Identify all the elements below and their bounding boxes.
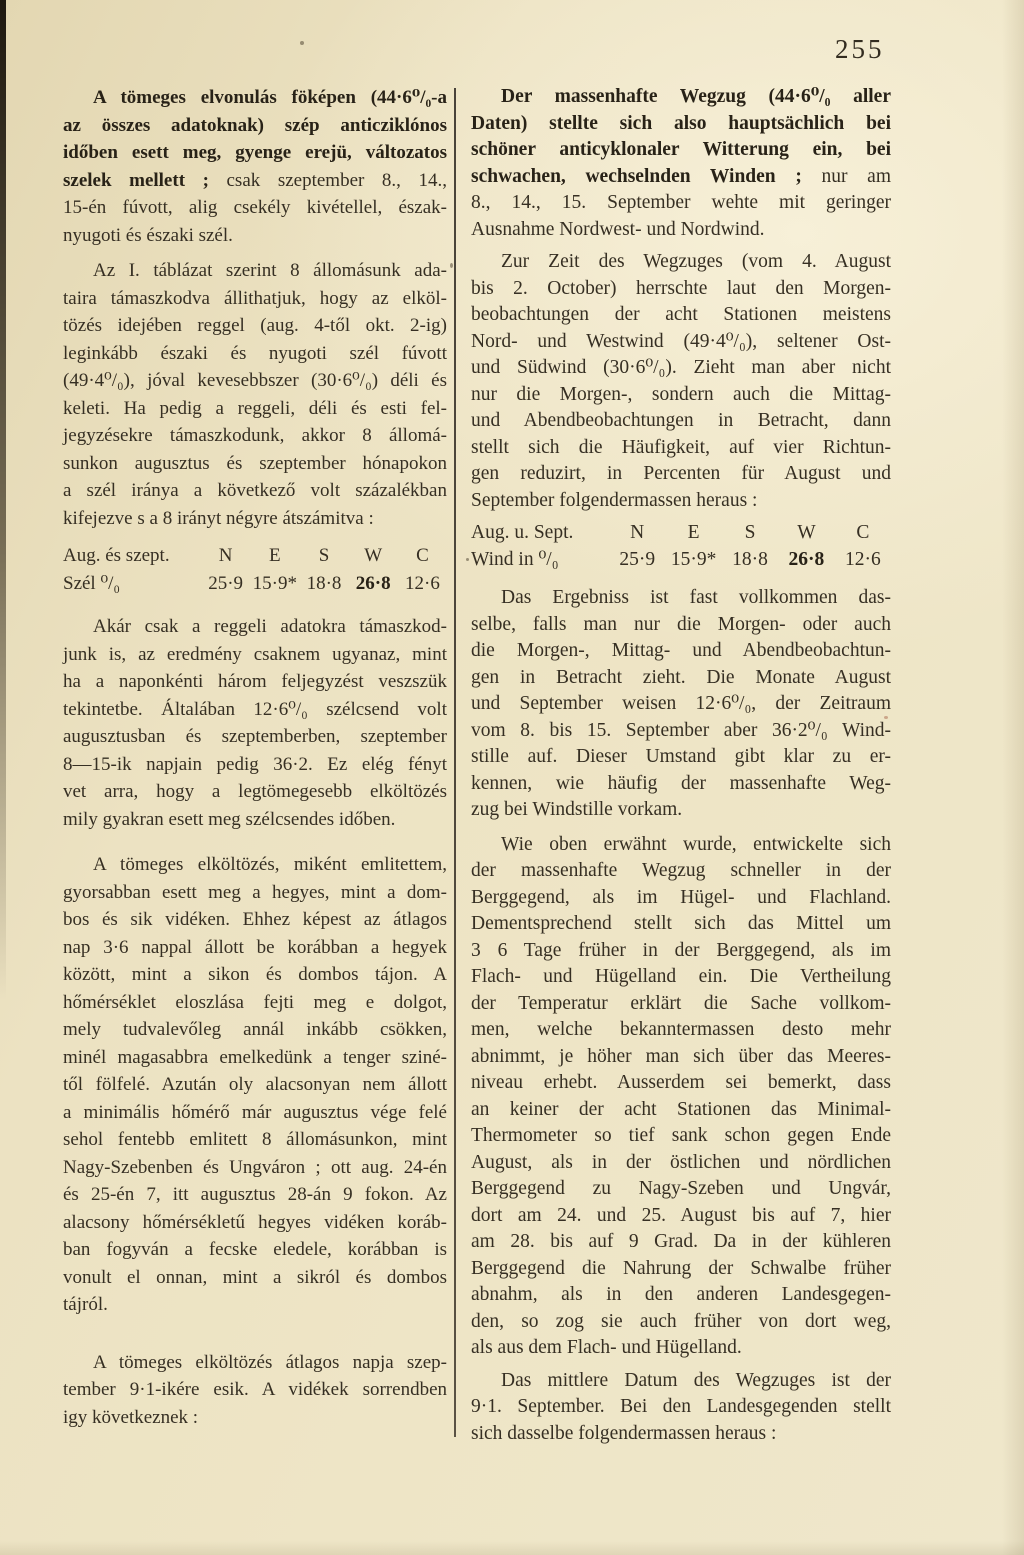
text-segment: gen reduzirt, in Percenten für August un…	[471, 463, 891, 484]
text-line: A tömeges elköltözés átlagos napja szep-	[63, 1349, 447, 1377]
text-segment: men, welche bekanntermassen desto mehr	[471, 1019, 891, 1040]
text-segment: nur die Morgen-, sondern auch die Mittag…	[471, 384, 891, 405]
text-line: Thermometer so tief sank schon gegen End…	[471, 1123, 891, 1150]
text-segment: vom 8. bis 15. September aber 36·2⁰/₀ Wi…	[471, 720, 891, 741]
text-line: am 28. bis auf 9 Grad. Da in der kühlere…	[471, 1229, 891, 1256]
text-line: vom 8. bis 15. September aber 36·2⁰/₀ Wi…	[471, 718, 891, 745]
text-line: sehol fentebb emlitett 8 állomásunkon, m…	[63, 1126, 447, 1154]
text-line: gen in Betracht zieht. Die Monate August	[471, 665, 891, 692]
wind-table-row: Szél ⁰/₀25·915·9*18·826·812·6	[63, 570, 447, 598]
text-line: abnimmt, je höher man sich über das Meer…	[471, 1044, 891, 1071]
text-line: den, so zog sie auch früher von dort weg…	[471, 1309, 891, 1336]
paragraph: Zur Zeit des Wegzuges (vom 4. Augustbis …	[471, 249, 891, 514]
text-segment: gen in Betracht zieht. Die Monate August	[471, 667, 891, 688]
text-segment: der Temperatur erklärt die Sache vollkom…	[471, 993, 891, 1014]
text-segment: sunkon augusztus és szeptember hónapokon	[63, 453, 447, 474]
text-line: und Abendbeobachtungen in Betracht, dann	[471, 408, 891, 435]
text-segment: Nord- und Westwind (49·4⁰/₀), seltener O…	[471, 331, 891, 352]
text-segment: 3 6 Tage früher in der Berggegend, als i…	[471, 940, 891, 961]
text-line: Nord- und Westwind (49·4⁰/₀), seltener O…	[471, 329, 891, 356]
text-segment: Das Ergebniss ist fast vollkommen das-	[501, 587, 891, 608]
wind-table-row: Aug. és szept.NESWC	[63, 542, 447, 570]
text-segment: igy következnek :	[63, 1407, 198, 1428]
text-line: Berggegend, als im Hügel- und Flachland.	[471, 885, 891, 912]
text-segment: schöner anticyklonaler Witterung ein, be…	[471, 139, 891, 160]
text-line: men, welche bekanntermassen desto mehr	[471, 1017, 891, 1044]
wind-table-cell: C	[835, 520, 891, 547]
text-line: 3 6 Tage früher in der Berggegend, als i…	[471, 938, 891, 965]
text-segment: és 25-én 7, itt augusztus 28-án 9 fokon.…	[63, 1184, 447, 1205]
text-line: minél magasabbra emelkedünk a tenger szi…	[63, 1044, 447, 1072]
text-line: (49·4⁰/₀), jóval kevesebbszer (30·6⁰/₀) …	[63, 367, 447, 395]
wind-table-cell: 26·8	[778, 547, 834, 574]
text-line: gyorsabban esett meg a hegyes, mint a do…	[63, 879, 447, 907]
text-segment: időben esett meg, gyenge erejü, változat…	[63, 142, 447, 163]
text-line: a minimális hőmérő már augusztus vége fe…	[63, 1099, 447, 1127]
text-line: die Morgen-, Mittag- und Abendbeobachtun…	[471, 638, 891, 665]
text-line: tözés idejében reggel (aug. 4-től okt. 2…	[63, 312, 447, 340]
wind-table-cells: 25·915·9*18·826·812·6	[609, 547, 891, 574]
text-line: Das mittlere Datum des Wegzuges ist der	[471, 1368, 891, 1395]
text-segment: keleti. Ha pedig a reggeli, déli és esti…	[63, 398, 447, 419]
text-line: mily gyakran esett meg szélcsendes időbe…	[63, 806, 447, 834]
text-segment: abnimmt, je höher man sich über das Meer…	[471, 1046, 891, 1067]
text-segment: augusztusban és szeptemberben, szeptembe…	[63, 726, 447, 747]
text-line: Berggegend zu Nagy-Szeben und Ungvár,	[471, 1176, 891, 1203]
text-segment: vet arra, hogy a legtömegesebb elköltözé…	[63, 781, 447, 802]
left-column-hungarian: A tömeges elvonulás föképen (44·6⁰/₀-aaz…	[63, 84, 447, 1439]
text-line: alacsony hőmérsékletű hegyes vidéken kor…	[63, 1209, 447, 1237]
wind-table-cell: C	[398, 542, 447, 570]
text-segment: Ausnahme Nordwest- und Nordwind.	[471, 219, 765, 240]
text-segment: Nagy-Szebenben és Ungváron ; ott aug. 24…	[63, 1157, 447, 1178]
wind-direction-table: Aug. u. Sept.NESWCWind in ⁰/₀25·915·9*18…	[471, 520, 891, 573]
text-line: Daten) stellte sich also hauptsächlich b…	[471, 111, 891, 138]
text-line: 8—15-ik napjain pedig 36·2. Ez elég fény…	[63, 751, 447, 779]
paragraph: A tömeges elköltözés, miként emlitettem,…	[63, 851, 447, 1319]
text-line: dort am 24. und 25. August bis auf 7, hi…	[471, 1203, 891, 1230]
text-line: schöner anticyklonaler Witterung ein, be…	[471, 137, 891, 164]
text-line: vet arra, hogy a legtömegesebb elköltözé…	[63, 778, 447, 806]
text-line: vonult el onnan, mint a sikról és dombos	[63, 1264, 447, 1292]
wind-table-cell: W	[778, 520, 834, 547]
text-segment: Wie oben erwähnt wurde, entwickelte sich	[501, 834, 891, 855]
wind-table-cell: E	[250, 542, 299, 570]
text-line: abnahm, als in den anderen Landesgegen-	[471, 1282, 891, 1309]
text-segment: den, so zog sie auch früher von dort weg…	[471, 1311, 891, 1332]
text-segment: nap 3·6 nappal állott be korábban a hegy…	[63, 937, 447, 958]
text-segment: junk is, az eredmény csaknem ugyanaz, mi…	[63, 644, 447, 665]
wind-table-cell: N	[609, 520, 665, 547]
text-segment: mely tudvalevőleg annál inkább csökken,	[63, 1019, 447, 1040]
text-segment: an keiner der acht Stationen das Minimal…	[471, 1099, 891, 1120]
wind-table-cells: NESWC	[201, 542, 447, 570]
text-line: sunkon augusztus és szeptember hónapokon	[63, 450, 447, 478]
text-segment: dort am 24. und 25. August bis auf 7, hi…	[471, 1205, 891, 1226]
text-segment: tekintetbe. Általában 12·6⁰/₀ szélcsend …	[63, 699, 447, 720]
text-segment: minél magasabbra emelkedünk a tenger szi…	[63, 1047, 447, 1068]
wind-table-cell: 25·9	[201, 570, 250, 598]
text-segment: Das mittlere Datum des Wegzuges ist der	[501, 1370, 891, 1391]
text-line: Flach- und Hügelland ein. Die Vertheilun…	[471, 964, 891, 991]
text-line: taira támaszkodva állithatjuk, hogy az e…	[63, 285, 447, 313]
text-segment: mily gyakran esett meg szélcsendes időbe…	[63, 809, 395, 830]
text-segment: kennen, wie häufig der massenhafte Weg-	[471, 773, 891, 794]
text-segment: und Südwind (30·6⁰/₀). Zieht man aber ni…	[471, 357, 891, 378]
text-segment: Daten) stellte sich also hauptsächlich b…	[471, 113, 891, 134]
text-segment: stille auf. Dieser Umstand gibt klar zu …	[471, 746, 891, 767]
text-line: gen reduzirt, in Percenten für August un…	[471, 461, 891, 488]
scan-edge-shadow-left	[0, 0, 6, 1000]
text-line: hőmérséklet eloszlása fejti meg e dolgot…	[63, 989, 447, 1017]
text-segment: tember 9·1-ikére esik. A vidékek sorrend…	[63, 1379, 447, 1400]
text-line: időben esett meg, gyenge erejü, változat…	[63, 139, 447, 167]
wind-table-cell: S	[299, 542, 348, 570]
text-segment: csak szeptember 8., 14.,	[209, 170, 447, 191]
text-segment: schwachen, wechselnden Winden ;	[471, 166, 802, 187]
wind-table-row-label: Aug. u. Sept.	[471, 520, 609, 547]
text-line: 9·1. September. Bei den Landesgegenden s…	[471, 1394, 891, 1421]
text-line: junk is, az eredmény csaknem ugyanaz, mi…	[63, 641, 447, 669]
text-segment: sich dasselbe folgendermassen heraus :	[471, 1423, 776, 1444]
text-segment: und September weisen 12·6⁰/₀, der Zeitra…	[471, 693, 891, 714]
text-segment: gyorsabban esett meg a hegyes, mint a do…	[63, 882, 447, 903]
text-segment: tözés idejében reggel (aug. 4-től okt. 2…	[63, 315, 447, 336]
paragraph: Wie oben erwähnt wurde, entwickelte sich…	[471, 832, 891, 1362]
text-line: und September weisen 12·6⁰/₀, der Zeitra…	[471, 691, 891, 718]
wind-table-cell: 26·8	[349, 570, 398, 598]
page-number: 255	[835, 34, 885, 65]
text-line: Akár csak a reggeli adatokra támaszkod-	[63, 613, 447, 641]
text-segment: nyugoti és északi szél.	[63, 225, 233, 246]
wind-table-cell: S	[722, 520, 778, 547]
text-line: bos és sik vidéken. Ehhez képest az átla…	[63, 906, 447, 934]
text-segment: tájról.	[63, 1294, 108, 1315]
text-line: 15-én fúvott, alig csekély kivétellel, é…	[63, 194, 447, 222]
text-segment: niveau erhebt. Ausserdem sei bemerkt, da…	[471, 1072, 891, 1093]
text-segment: től fölfelé. Azután oly alacsonyan nem á…	[63, 1074, 447, 1095]
text-line: selbe, falls man nur die Morgen- oder au…	[471, 612, 891, 639]
wind-table-row: Wind in ⁰/₀25·915·9*18·826·812·6	[471, 547, 891, 574]
scan-edge-shadow-bottom	[0, 1541, 1024, 1555]
text-segment: Flach- und Hügelland ein. Die Vertheilun…	[471, 966, 891, 987]
text-segment: 8—15-ik napjain pedig 36·2. Ez elég fény…	[63, 754, 447, 775]
text-line: a szél iránya a következő volt százalékb…	[63, 477, 447, 505]
wind-table-cells: NESWC	[609, 520, 891, 547]
paragraph: Der massenhafte Wegzug (44·6⁰/₀ allerDat…	[471, 84, 891, 243]
text-segment: ban fogyván a fecske eledele, korábban i…	[63, 1239, 447, 1260]
text-line: Dementsprechend stellt sich das Mittel u…	[471, 911, 891, 938]
text-segment: 15-én fúvott, alig csekély kivétellel, é…	[63, 197, 447, 218]
text-segment: Der massenhafte Wegzug (44·6⁰/₀ aller	[501, 86, 891, 107]
text-line: niveau erhebt. Ausserdem sei bemerkt, da…	[471, 1070, 891, 1097]
text-segment: und Abendbeobachtungen in Betracht, dann	[471, 410, 891, 431]
text-line: an keiner der acht Stationen das Minimal…	[471, 1097, 891, 1124]
text-line: tájról.	[63, 1291, 447, 1319]
text-segment: Berggegend die Nahrung der Schwalbe früh…	[471, 1258, 891, 1279]
text-line: től fölfelé. Azután oly alacsonyan nem á…	[63, 1071, 447, 1099]
text-line: September folgendermassen heraus :	[471, 488, 891, 515]
paragraph: Akár csak a reggeli adatokra támaszkod-j…	[63, 613, 447, 833]
paragraph: Das mittlere Datum des Wegzuges ist der9…	[471, 1368, 891, 1448]
text-line: között, mint a sikon és dombos tájon. A	[63, 961, 447, 989]
text-segment: Zur Zeit des Wegzuges (vom 4. August	[501, 251, 891, 272]
text-segment: 9·1. September. Bei den Landesgegenden s…	[471, 1396, 891, 1417]
text-line: tekintetbe. Általában 12·6⁰/₀ szélcsend …	[63, 696, 447, 724]
wind-table-cell: 18·8	[722, 547, 778, 574]
wind-table-row-label: Aug. és szept.	[63, 542, 201, 570]
text-line: zug bei Windstille vorkam.	[471, 797, 891, 824]
text-line: kennen, wie häufig der massenhafte Weg-	[471, 771, 891, 798]
text-segment: abnahm, als in den anderen Landesgegen-	[471, 1284, 891, 1305]
wind-table-cell: E	[665, 520, 721, 547]
text-segment: (49·4⁰/₀), jóval kevesebbszer (30·6⁰/₀) …	[63, 370, 447, 391]
text-line: A tömeges elvonulás föképen (44·6⁰/₀-a	[63, 84, 447, 112]
text-segment: bis 2. October) herrschte laut den Morge…	[471, 278, 891, 299]
wind-table-cells: 25·915·9*18·826·812·6	[201, 570, 447, 598]
text-segment: 8., 14., 15. September wehte mit geringe…	[471, 192, 891, 213]
text-line: A tömeges elköltözés, miként emlitettem,	[63, 851, 447, 879]
text-segment: vonult el onnan, mint a sikról és dombos	[63, 1267, 447, 1288]
wind-table-cell: 12·6	[835, 547, 891, 574]
text-segment: bos és sik vidéken. Ehhez képest az átla…	[63, 909, 447, 930]
text-line: az összes adatoknak) szép anticziklónos	[63, 112, 447, 140]
text-line: als aus dem Flach- und Hügelland.	[471, 1335, 891, 1362]
text-line: Az I. táblázat szerint 8 állomásunk ada-	[63, 257, 447, 285]
text-line: nur die Morgen-, sondern auch die Mittag…	[471, 382, 891, 409]
text-line: bis 2. October) herrschte laut den Morge…	[471, 276, 891, 303]
text-line: augusztusban és szeptemberben, szeptembe…	[63, 723, 447, 751]
text-segment: ha a naponkénti három feljegyzést veszsz…	[63, 671, 447, 692]
text-segment: leginkább északi és nyugoti szél fúvott	[63, 343, 447, 364]
text-segment: hőmérséklet eloszlása fejti meg e dolgot…	[63, 992, 447, 1013]
paragraph: A tömeges elvonulás föképen (44·6⁰/₀-aaz…	[63, 84, 447, 249]
text-segment: szelek mellett ;	[63, 170, 209, 191]
text-segment: sehol fentebb emlitett 8 állomásunkon, m…	[63, 1129, 447, 1150]
wind-direction-table: Aug. és szept.NESWCSzél ⁰/₀25·915·9*18·8…	[63, 542, 447, 597]
text-segment: September folgendermassen heraus :	[471, 490, 757, 511]
text-line: ban fogyván a fecske eledele, korábban i…	[63, 1236, 447, 1264]
text-segment: zug bei Windstille vorkam.	[471, 799, 682, 820]
text-segment: der massenhafte Wegzug schneller in der	[471, 860, 891, 881]
text-line: Das Ergebniss ist fast vollkommen das-	[471, 585, 891, 612]
text-line: Ausnahme Nordwest- und Nordwind.	[471, 217, 891, 244]
text-line: und Südwind (30·6⁰/₀). Zieht man aber ni…	[471, 355, 891, 382]
ink-speck	[466, 558, 469, 561]
text-line: leginkább északi és nyugoti szél fúvott	[63, 340, 447, 368]
text-line: schwachen, wechselnden Winden ; nur am	[471, 164, 891, 191]
text-line: keleti. Ha pedig a reggeli, déli és esti…	[63, 395, 447, 423]
text-line: beobachtungen der acht Stationen meisten…	[471, 302, 891, 329]
text-segment: A tömeges elvonulás föképen (44·6⁰/₀-a	[93, 87, 447, 108]
text-line: stellt sich die Häufigkeit, auf vier Ric…	[471, 435, 891, 462]
paragraph: A tömeges elköltözés átlagos napja szep-…	[63, 1349, 447, 1432]
text-segment: alacsony hőmérsékletű hegyes vidéken kor…	[63, 1212, 447, 1233]
ink-speck	[884, 716, 888, 719]
wind-table-cell: W	[349, 542, 398, 570]
text-segment: jegyzésekre támaszkodunk, akkor 8 állomá…	[63, 425, 447, 446]
text-segment: Akár csak a reggeli adatokra támaszkod-	[93, 616, 447, 637]
text-line: 8., 14., 15. September wehte mit geringe…	[471, 190, 891, 217]
text-segment: nur am	[802, 166, 891, 187]
text-line: nap 3·6 nappal állott be korábban a hegy…	[63, 934, 447, 962]
wind-table-row-label: Wind in ⁰/₀	[471, 547, 609, 574]
text-segment: Berggegend zu Nagy-Szeben und Ungvár,	[471, 1178, 891, 1199]
text-line: der massenhafte Wegzug schneller in der	[471, 858, 891, 885]
text-segment: között, mint a sikon és dombos tájon. A	[63, 964, 447, 985]
text-line: Zur Zeit des Wegzuges (vom 4. August	[471, 249, 891, 276]
text-segment: Az I. táblázat szerint 8 állomásunk ada-	[93, 260, 447, 281]
text-line: nyugoti és északi szél.	[63, 222, 447, 250]
text-segment: A tömeges elköltözés, miként emlitettem,	[93, 854, 447, 875]
wind-table-row: Aug. u. Sept.NESWC	[471, 520, 891, 547]
text-line: der Temperatur erklärt die Sache vollkom…	[471, 991, 891, 1018]
text-line: Der massenhafte Wegzug (44·6⁰/₀ aller	[471, 84, 891, 111]
wind-table-row-label: Szél ⁰/₀	[63, 570, 201, 598]
text-segment: a minimális hőmérő már augusztus vége fe…	[63, 1102, 447, 1123]
text-segment: Thermometer so tief sank schon gegen End…	[471, 1125, 891, 1146]
text-line: stille auf. Dieser Umstand gibt klar zu …	[471, 744, 891, 771]
wind-table-cell: 15·9*	[250, 570, 299, 598]
text-segment: die Morgen-, Mittag- und Abendbeobachtun…	[471, 640, 891, 661]
text-segment: taira támaszkodva állithatjuk, hogy az e…	[63, 288, 447, 309]
wind-table-cell: 18·8	[299, 570, 348, 598]
paragraph: Az I. táblázat szerint 8 állomásunk ada-…	[63, 257, 447, 532]
text-segment: Dementsprechend stellt sich das Mittel u…	[471, 913, 891, 934]
text-line: August, als in der östlichen und nördlic…	[471, 1150, 891, 1177]
text-segment: stellt sich die Häufigkeit, auf vier Ric…	[471, 437, 891, 458]
text-segment: kifejezve s a 8 irányt négyre átszámitva…	[63, 508, 374, 529]
text-line: mely tudvalevőleg annál inkább csökken,	[63, 1016, 447, 1044]
wind-table-cell: 12·6	[398, 570, 447, 598]
wind-table-cell: N	[201, 542, 250, 570]
text-segment: A tömeges elköltözés átlagos napja szep-	[93, 1352, 447, 1373]
text-line: és 25-én 7, itt augusztus 28-án 9 fokon.…	[63, 1181, 447, 1209]
wind-table-cell: 15·9*	[665, 547, 721, 574]
text-line: igy következnek :	[63, 1404, 447, 1432]
text-line: jegyzésekre támaszkodunk, akkor 8 állomá…	[63, 422, 447, 450]
text-segment: az összes adatoknak) szép anticziklónos	[63, 115, 447, 136]
column-divider-rule	[454, 88, 456, 1437]
text-segment: am 28. bis auf 9 Grad. Da in der kühlere…	[471, 1231, 891, 1252]
text-segment: als aus dem Flach- und Hügelland.	[471, 1337, 742, 1358]
text-segment: a szél iránya a következő volt százalékb…	[63, 480, 447, 501]
text-segment: Berggegend, als im Hügel- und Flachland.	[471, 887, 891, 908]
ink-speck	[450, 263, 453, 268]
text-line: kifejezve s a 8 irányt négyre átszámitva…	[63, 505, 447, 533]
text-segment: selbe, falls man nur die Morgen- oder au…	[471, 614, 891, 635]
paragraph: Das Ergebniss ist fast vollkommen das-se…	[471, 585, 891, 824]
text-line: ha a naponkénti három feljegyzést veszsz…	[63, 668, 447, 696]
ink-speck	[300, 41, 304, 45]
scan-edge-shadow-right	[1002, 0, 1024, 1555]
text-line: sich dasselbe folgendermassen heraus :	[471, 1421, 891, 1448]
text-line: Wie oben erwähnt wurde, entwickelte sich	[471, 832, 891, 859]
wind-table-cell: 25·9	[609, 547, 665, 574]
text-line: szelek mellett ; csak szeptember 8., 14.…	[63, 167, 447, 195]
right-column-german: Der massenhafte Wegzug (44·6⁰/₀ allerDat…	[471, 84, 891, 1453]
text-line: Berggegend die Nahrung der Schwalbe früh…	[471, 1256, 891, 1283]
text-line: Nagy-Szebenben és Ungváron ; ott aug. 24…	[63, 1154, 447, 1182]
text-segment: beobachtungen der acht Stationen meisten…	[471, 304, 891, 325]
text-line: tember 9·1-ikére esik. A vidékek sorrend…	[63, 1376, 447, 1404]
text-segment: August, als in der östlichen und nördlic…	[471, 1152, 891, 1173]
